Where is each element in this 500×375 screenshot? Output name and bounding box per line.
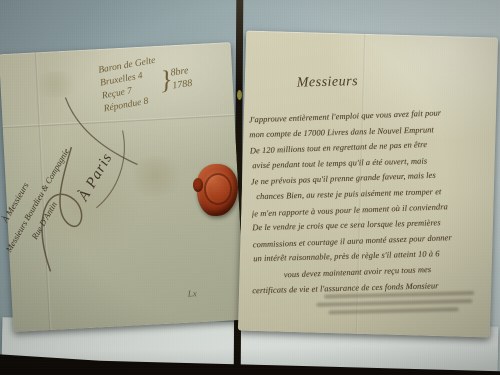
letter-body: J'approuve entièrement l'emploi que vous…: [249, 104, 493, 299]
pencil-mark: Lx: [187, 288, 197, 298]
docket-date: 8bre 1788: [170, 64, 193, 93]
verso-show-through: [316, 291, 477, 327]
photograph-of-letter: Baron de Gelte Bruxelles 4 Reçue 7 Répon…: [0, 0, 500, 375]
docket-year: 1788: [172, 77, 194, 93]
wafer-remnant: [237, 90, 242, 100]
salutation: Messieurs: [297, 74, 359, 91]
letter-text-page: Messieurs J'approuve entièrement l'emplo…: [238, 31, 498, 338]
